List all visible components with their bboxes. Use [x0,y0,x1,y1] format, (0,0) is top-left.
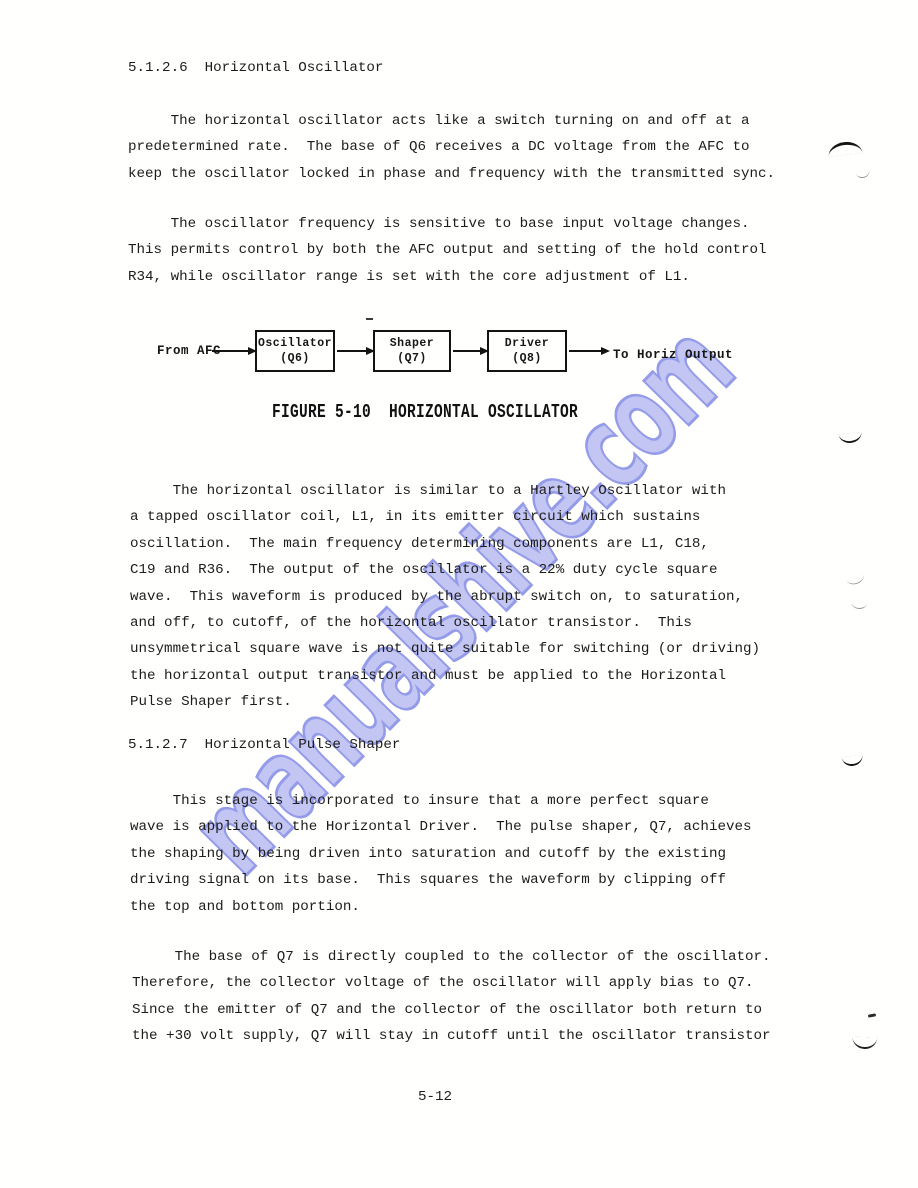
block-sublabel: (Q6) [257,351,333,366]
block-sublabel: (Q7) [375,351,449,366]
paragraph: The oscillator frequency is sensitive to… [128,211,767,290]
paragraph: The horizontal oscillator is similar to … [130,478,760,716]
scan-artifact [852,1036,878,1049]
page-content: 5.1.2.6 Horizontal Oscillator The horizo… [0,0,918,1188]
arrow-right-icon [569,350,608,352]
block-label: Shaper [375,336,449,351]
scan-artifact [855,170,870,180]
block-label: Oscillator [257,336,333,351]
scan-artifact [842,755,864,767]
paragraph: The horizontal oscillator acts like a sw… [128,108,775,187]
paragraph: The base of Q7 is directly coupled to th… [132,944,771,1050]
scan-artifact [851,601,867,609]
scan-artifact [366,318,373,320]
scan-artifact [846,574,865,586]
arrow-right-icon [453,350,487,352]
block-label: Driver [489,336,565,351]
block-sublabel: (Q8) [489,351,565,366]
paragraph: This stage is incorporated to insure tha… [130,788,752,920]
scan-artifact [868,1013,876,1017]
scanned-manual-page: { "document": { "watermark": "manualshiv… [0,0,918,1188]
section-heading-5127: 5.1.2.7 Horizontal Pulse Shaper [128,732,400,758]
arrow-right-icon [212,350,255,352]
figure-block-oscillator: Oscillator (Q6) [255,330,335,372]
section-heading-5126: 5.1.2.6 Horizontal Oscillator [128,55,383,81]
scan-artifact [839,432,863,444]
figure-block-shaper: Shaper (Q7) [373,330,451,372]
figure-caption: FIGURE 5-10 HORIZONTAL OSCILLATOR [272,402,578,424]
page-number: 5-12 [418,1089,452,1105]
scan-artifact [827,140,862,156]
figure-block-driver: Driver (Q8) [487,330,567,372]
figure-output-label: To Horiz Output [613,348,733,362]
figure-5-10-block-diagram: From AFC Oscillator (Q6) Shaper (Q7) Dri… [0,328,918,378]
arrow-right-icon [337,350,373,352]
